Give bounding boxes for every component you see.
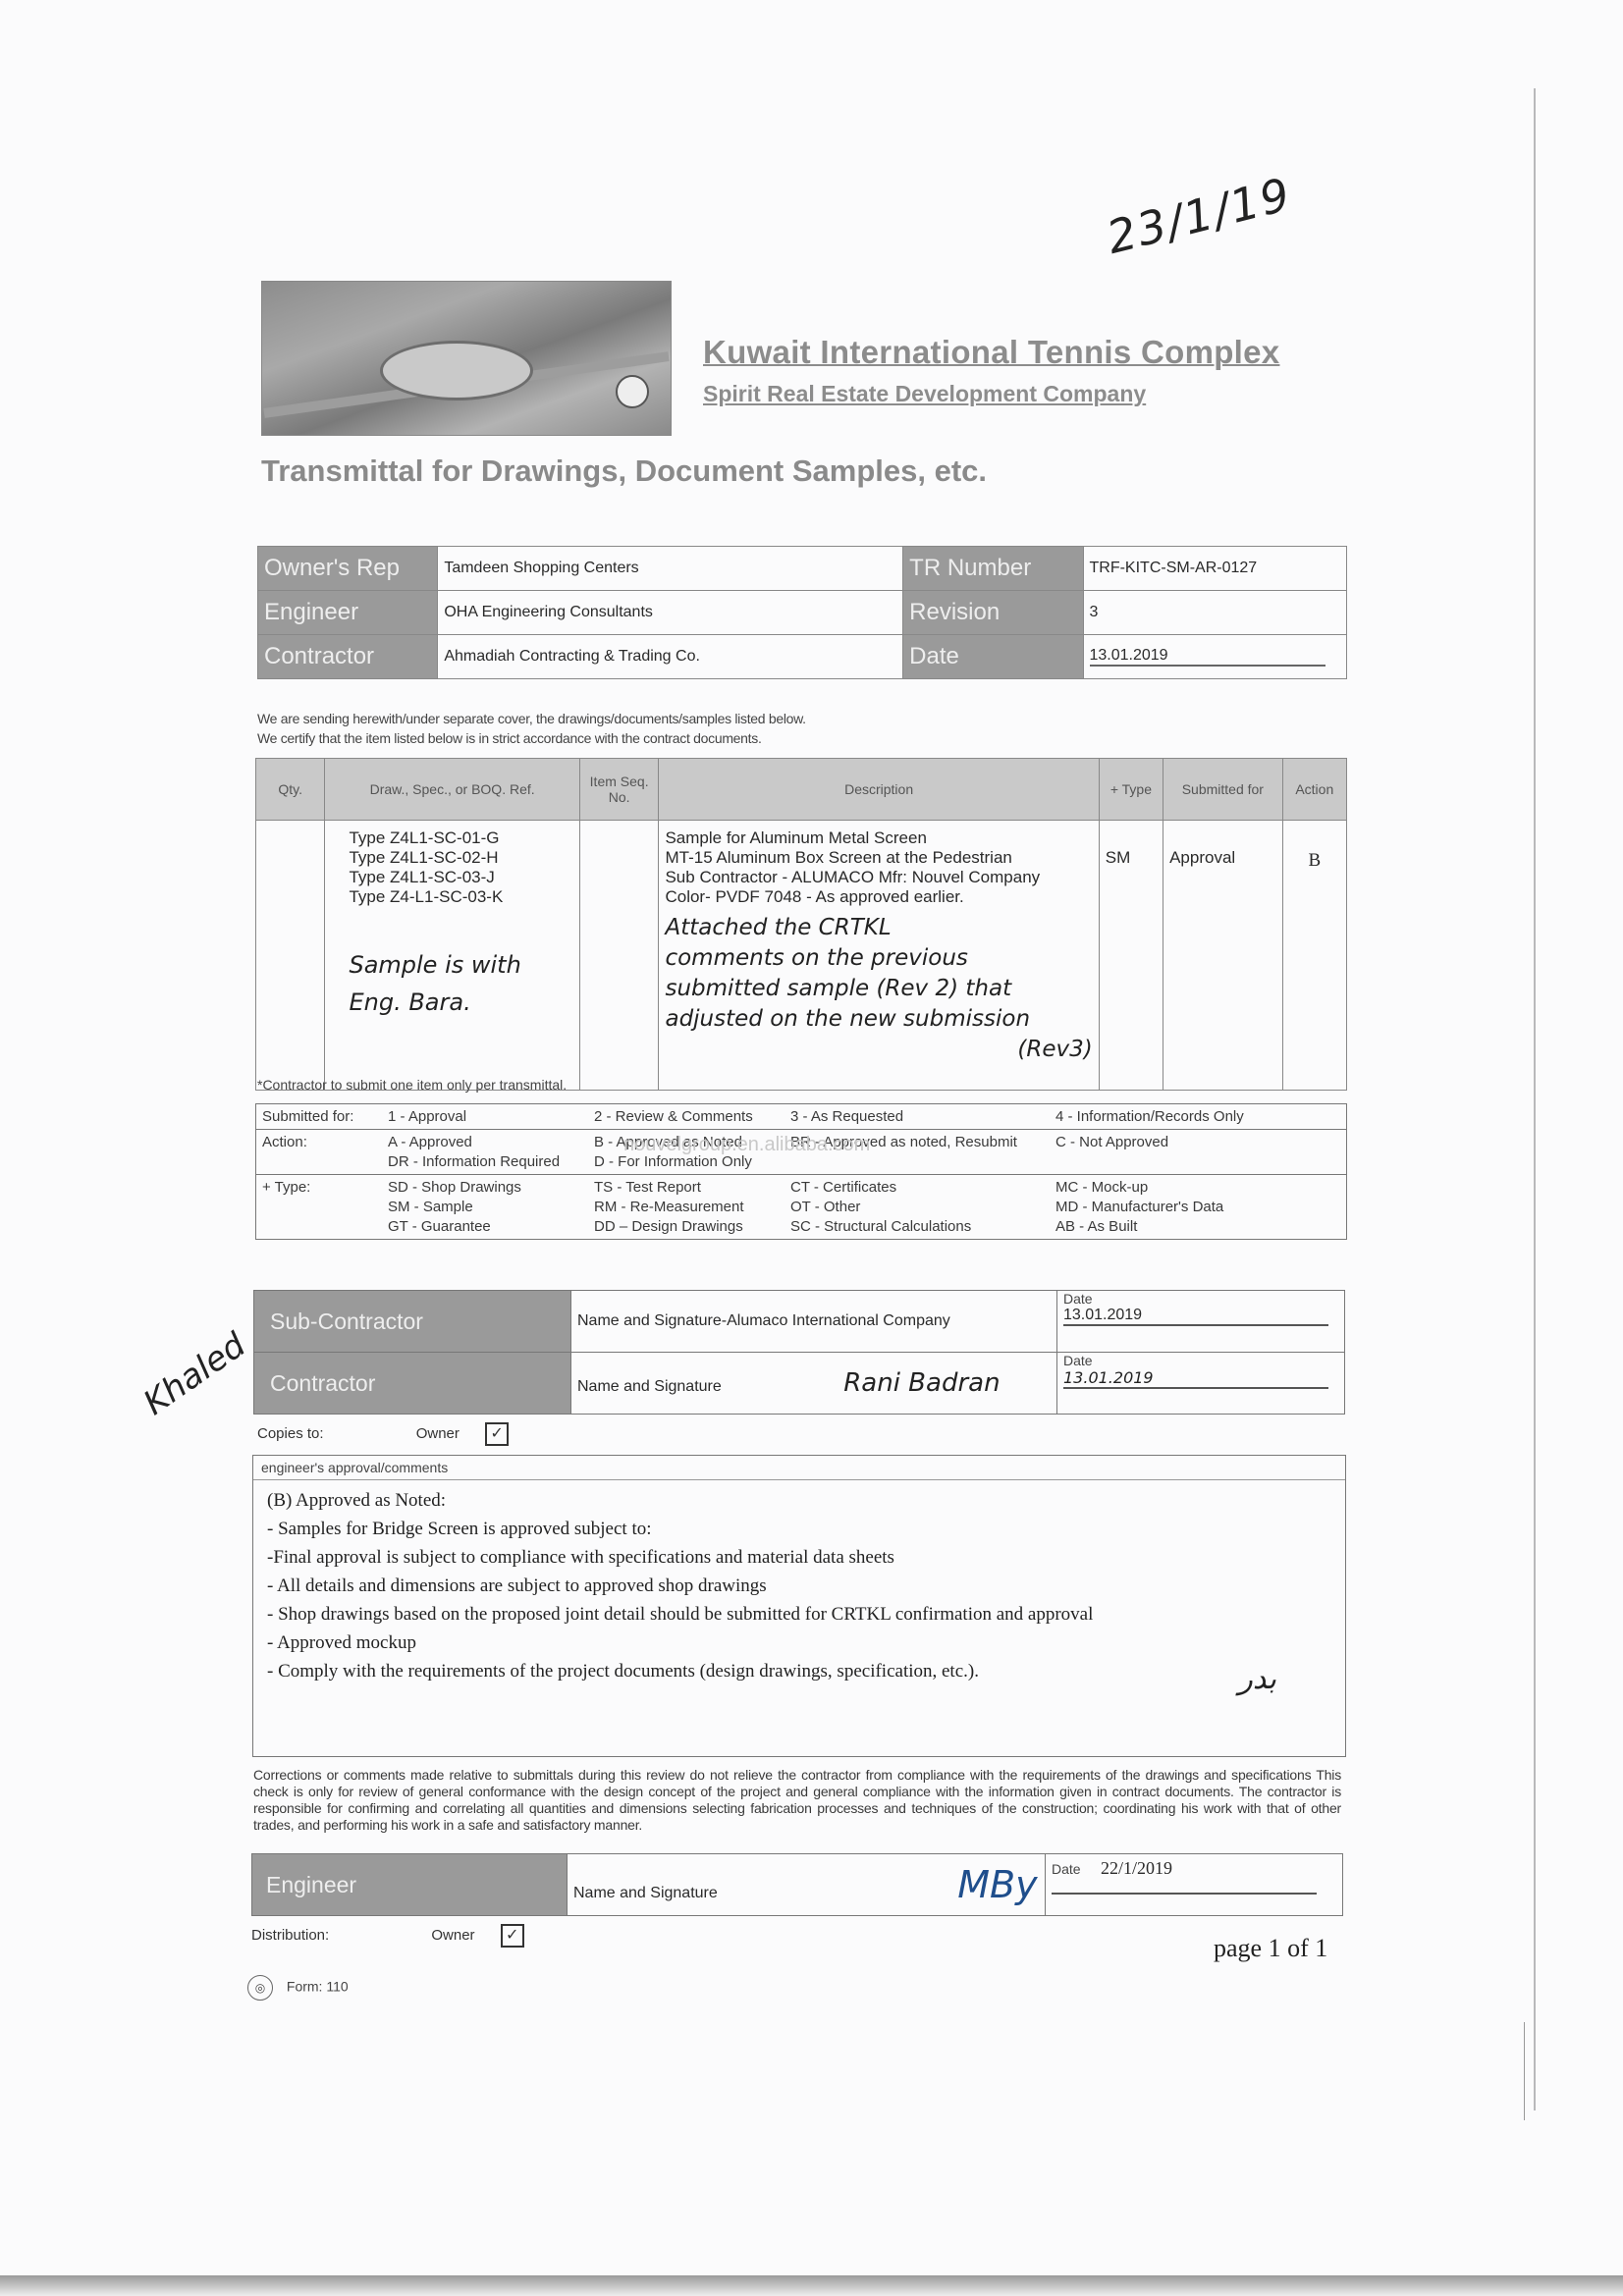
signature-table: Sub-Contractor Name and Signature-Alumac… <box>253 1290 1345 1415</box>
handwritten-received-date: 23/1/19 <box>1102 167 1297 264</box>
engineer-comments-box: engineer's approval/comments (B) Approve… <box>252 1455 1346 1757</box>
handwritten-desc: Attached the CRTKL <box>665 913 1092 943</box>
sub-contractor-label: Sub-Contractor <box>254 1291 571 1353</box>
tr-number-label: TR Number <box>903 547 1083 591</box>
date-cell: 13.01.2019 <box>1083 635 1347 679</box>
distribution-owner-label: Owner <box>431 1927 474 1944</box>
contractor-signature: Rani Badran <box>843 1368 1000 1398</box>
col-type: + Type <box>1099 759 1163 821</box>
comments-header: engineer's approval/comments <box>253 1456 1345 1480</box>
contractor-date: 13.01.2019 <box>1063 1368 1328 1389</box>
legend-type: + Type: SD - Shop Drawings TS - Test Rep… <box>262 1179 1340 1235</box>
col-seq: Item Seq. No. <box>579 759 659 821</box>
date-label: Date <box>903 635 1083 679</box>
engineer-sign-label: Engineer <box>252 1854 568 1916</box>
comment-line: (B) Approved as Noted: <box>267 1486 1331 1515</box>
document-title: Transmittal for Drawings, Document Sampl… <box>261 454 987 489</box>
owners-rep-label: Owner's Rep <box>258 547 438 591</box>
comment-line: - All details and dimensions are subject… <box>267 1572 1331 1600</box>
desc-line: MT-15 Aluminum Box Screen at the Pedestr… <box>665 848 1092 868</box>
cell-seq <box>579 821 659 1091</box>
ref-line: Type Z4L1-SC-01-G <box>349 828 572 848</box>
items-table: Qty. Draw., Spec., or BOQ. Ref. Item Seq… <box>255 758 1347 1091</box>
comment-line: - Approved mockup <box>267 1629 1331 1657</box>
ref-line: Type Z4-L1-SC-03-K <box>349 887 572 907</box>
transmittal-info-table: Owner's Rep Tamdeen Shopping Centers TR … <box>257 546 1347 679</box>
revision-label: Revision <box>903 591 1083 635</box>
cell-type: SM <box>1099 821 1163 1091</box>
cell-submitted-for: Approval <box>1163 821 1283 1091</box>
disclaimer-text: Corrections or comments made relative to… <box>253 1767 1341 1834</box>
handwritten-desc: submitted sample (Rev 2) that <box>665 974 1092 1004</box>
desc-line: Color- PVDF 7048 - As approved earlier. <box>665 887 1092 907</box>
page-fold-line <box>1534 88 1536 2110</box>
handwritten-desc: adjusted on the new submission <box>665 1004 1092 1035</box>
contractor-value: Ahmadiah Contracting & Trading Co. <box>438 635 903 679</box>
desc-line: Sub Contractor - ALUMACO Mfr: Nouvel Com… <box>665 868 1092 887</box>
engineer-signature-table: Engineer Name and Signature MBy Date 22/… <box>251 1853 1343 1916</box>
distribution-owner-checkbox[interactable]: ✓ <box>501 1924 524 1948</box>
sub-contractor-date-label: Date <box>1063 1291 1338 1307</box>
sub-contractor-date: 13.01.2019 <box>1063 1307 1328 1326</box>
col-qty: Qty. <box>256 759 325 821</box>
tr-number-value: TRF-KITC-SM-AR-0127 <box>1083 547 1347 591</box>
reviewer-initials: بدر <box>1238 1662 1276 1696</box>
contractor-name-label: Name and Signature <box>577 1378 722 1395</box>
handwritten-note: Sample is with <box>349 946 572 984</box>
page-edge-line <box>1524 2022 1525 2120</box>
engineer-date: 22/1/2019 <box>1101 1858 1172 1878</box>
photo-tennis-ball <box>616 375 649 408</box>
cell-description: Sample for Aluminum Metal Screen MT-15 A… <box>659 821 1099 1091</box>
sub-contractor-name: Name and Signature-Alumaco International… <box>571 1291 1057 1353</box>
form-number: ◎ Form: 110 <box>247 1975 349 2001</box>
project-title: Kuwait International Tennis Complex <box>703 334 1279 371</box>
comment-line: - Shop drawings based on the proposed jo… <box>267 1600 1331 1629</box>
handwritten-note: Eng. Bara. <box>349 984 572 1021</box>
col-submitted-for: Submitted for <box>1163 759 1283 821</box>
copies-owner-label: Owner <box>416 1425 460 1442</box>
company-name: Spirit Real Estate Development Company <box>703 381 1146 407</box>
page-number: page 1 of 1 <box>1214 1934 1327 1963</box>
copies-to: Copies to: Owner ✓ <box>257 1422 509 1446</box>
watermark: nouvelgroup.en.alibaba.com <box>623 1134 870 1156</box>
page-bottom-edge <box>0 2275 1623 2296</box>
date-value: 13.01.2019 <box>1090 647 1325 667</box>
table-row: Type Z4L1-SC-01-G Type Z4L1-SC-02-H Type… <box>256 821 1347 1091</box>
ref-line: Type Z4L1-SC-03-J <box>349 868 572 887</box>
ref-line: Type Z4L1-SC-02-H <box>349 848 572 868</box>
copies-label: Copies to: <box>257 1425 324 1442</box>
handwritten-desc: comments on the previous <box>665 943 1092 974</box>
desc-line: Sample for Aluminum Metal Screen <box>665 828 1092 848</box>
engineer-date-label: Date <box>1052 1861 1081 1877</box>
col-description: Description <box>659 759 1099 821</box>
engineer-signature: MBy <box>957 1863 1037 1906</box>
project-photo <box>261 281 672 436</box>
cover-text-line: We certify that the item listed below is… <box>257 728 806 748</box>
footnote: *Contractor to submit one item only per … <box>257 1077 567 1093</box>
engineer-date-line <box>1052 1893 1317 1895</box>
legend-submitted-for: Submitted for: 1 - Approval 2 - Review &… <box>262 1108 1340 1125</box>
cover-text: We are sending herewith/under separate c… <box>257 709 806 748</box>
distribution-label: Distribution: <box>251 1927 329 1944</box>
photo-stadium <box>380 341 533 400</box>
owners-rep-value: Tamdeen Shopping Centers <box>438 547 903 591</box>
cell-action: B <box>1282 821 1346 1091</box>
tennis-logo-icon: ◎ <box>247 1975 273 2001</box>
contractor-label: Contractor <box>258 635 438 679</box>
col-action: Action <box>1282 759 1346 821</box>
copies-owner-checkbox[interactable]: ✓ <box>485 1422 509 1446</box>
revision-value: 3 <box>1083 591 1347 635</box>
engineer-name-label: Name and Signature <box>573 1885 718 1901</box>
side-signature: Khaled <box>136 1325 252 1423</box>
handwritten-desc: (Rev3) <box>665 1035 1092 1065</box>
engineer-value: OHA Engineering Consultants <box>438 591 903 635</box>
cell-ref: Type Z4L1-SC-01-G Type Z4L1-SC-02-H Type… <box>325 821 579 1091</box>
engineer-label: Engineer <box>258 591 438 635</box>
contractor-date-label: Date <box>1063 1353 1338 1368</box>
form-label: Form: 110 <box>287 1979 349 1995</box>
comment-line: - Comply with the requirements of the pr… <box>267 1657 1331 1685</box>
cover-text-line: We are sending herewith/under separate c… <box>257 709 806 728</box>
comment-line: - Samples for Bridge Screen is approved … <box>267 1515 1331 1543</box>
legend-table: Submitted for: 1 - Approval 2 - Review &… <box>255 1103 1347 1240</box>
contractor-sign-label: Contractor <box>254 1353 571 1415</box>
comment-line: -Final approval is subject to compliance… <box>267 1543 1331 1572</box>
distribution: Distribution: Owner ✓ <box>251 1924 524 1948</box>
col-ref: Draw., Spec., or BOQ. Ref. <box>325 759 579 821</box>
cell-qty <box>256 821 325 1091</box>
